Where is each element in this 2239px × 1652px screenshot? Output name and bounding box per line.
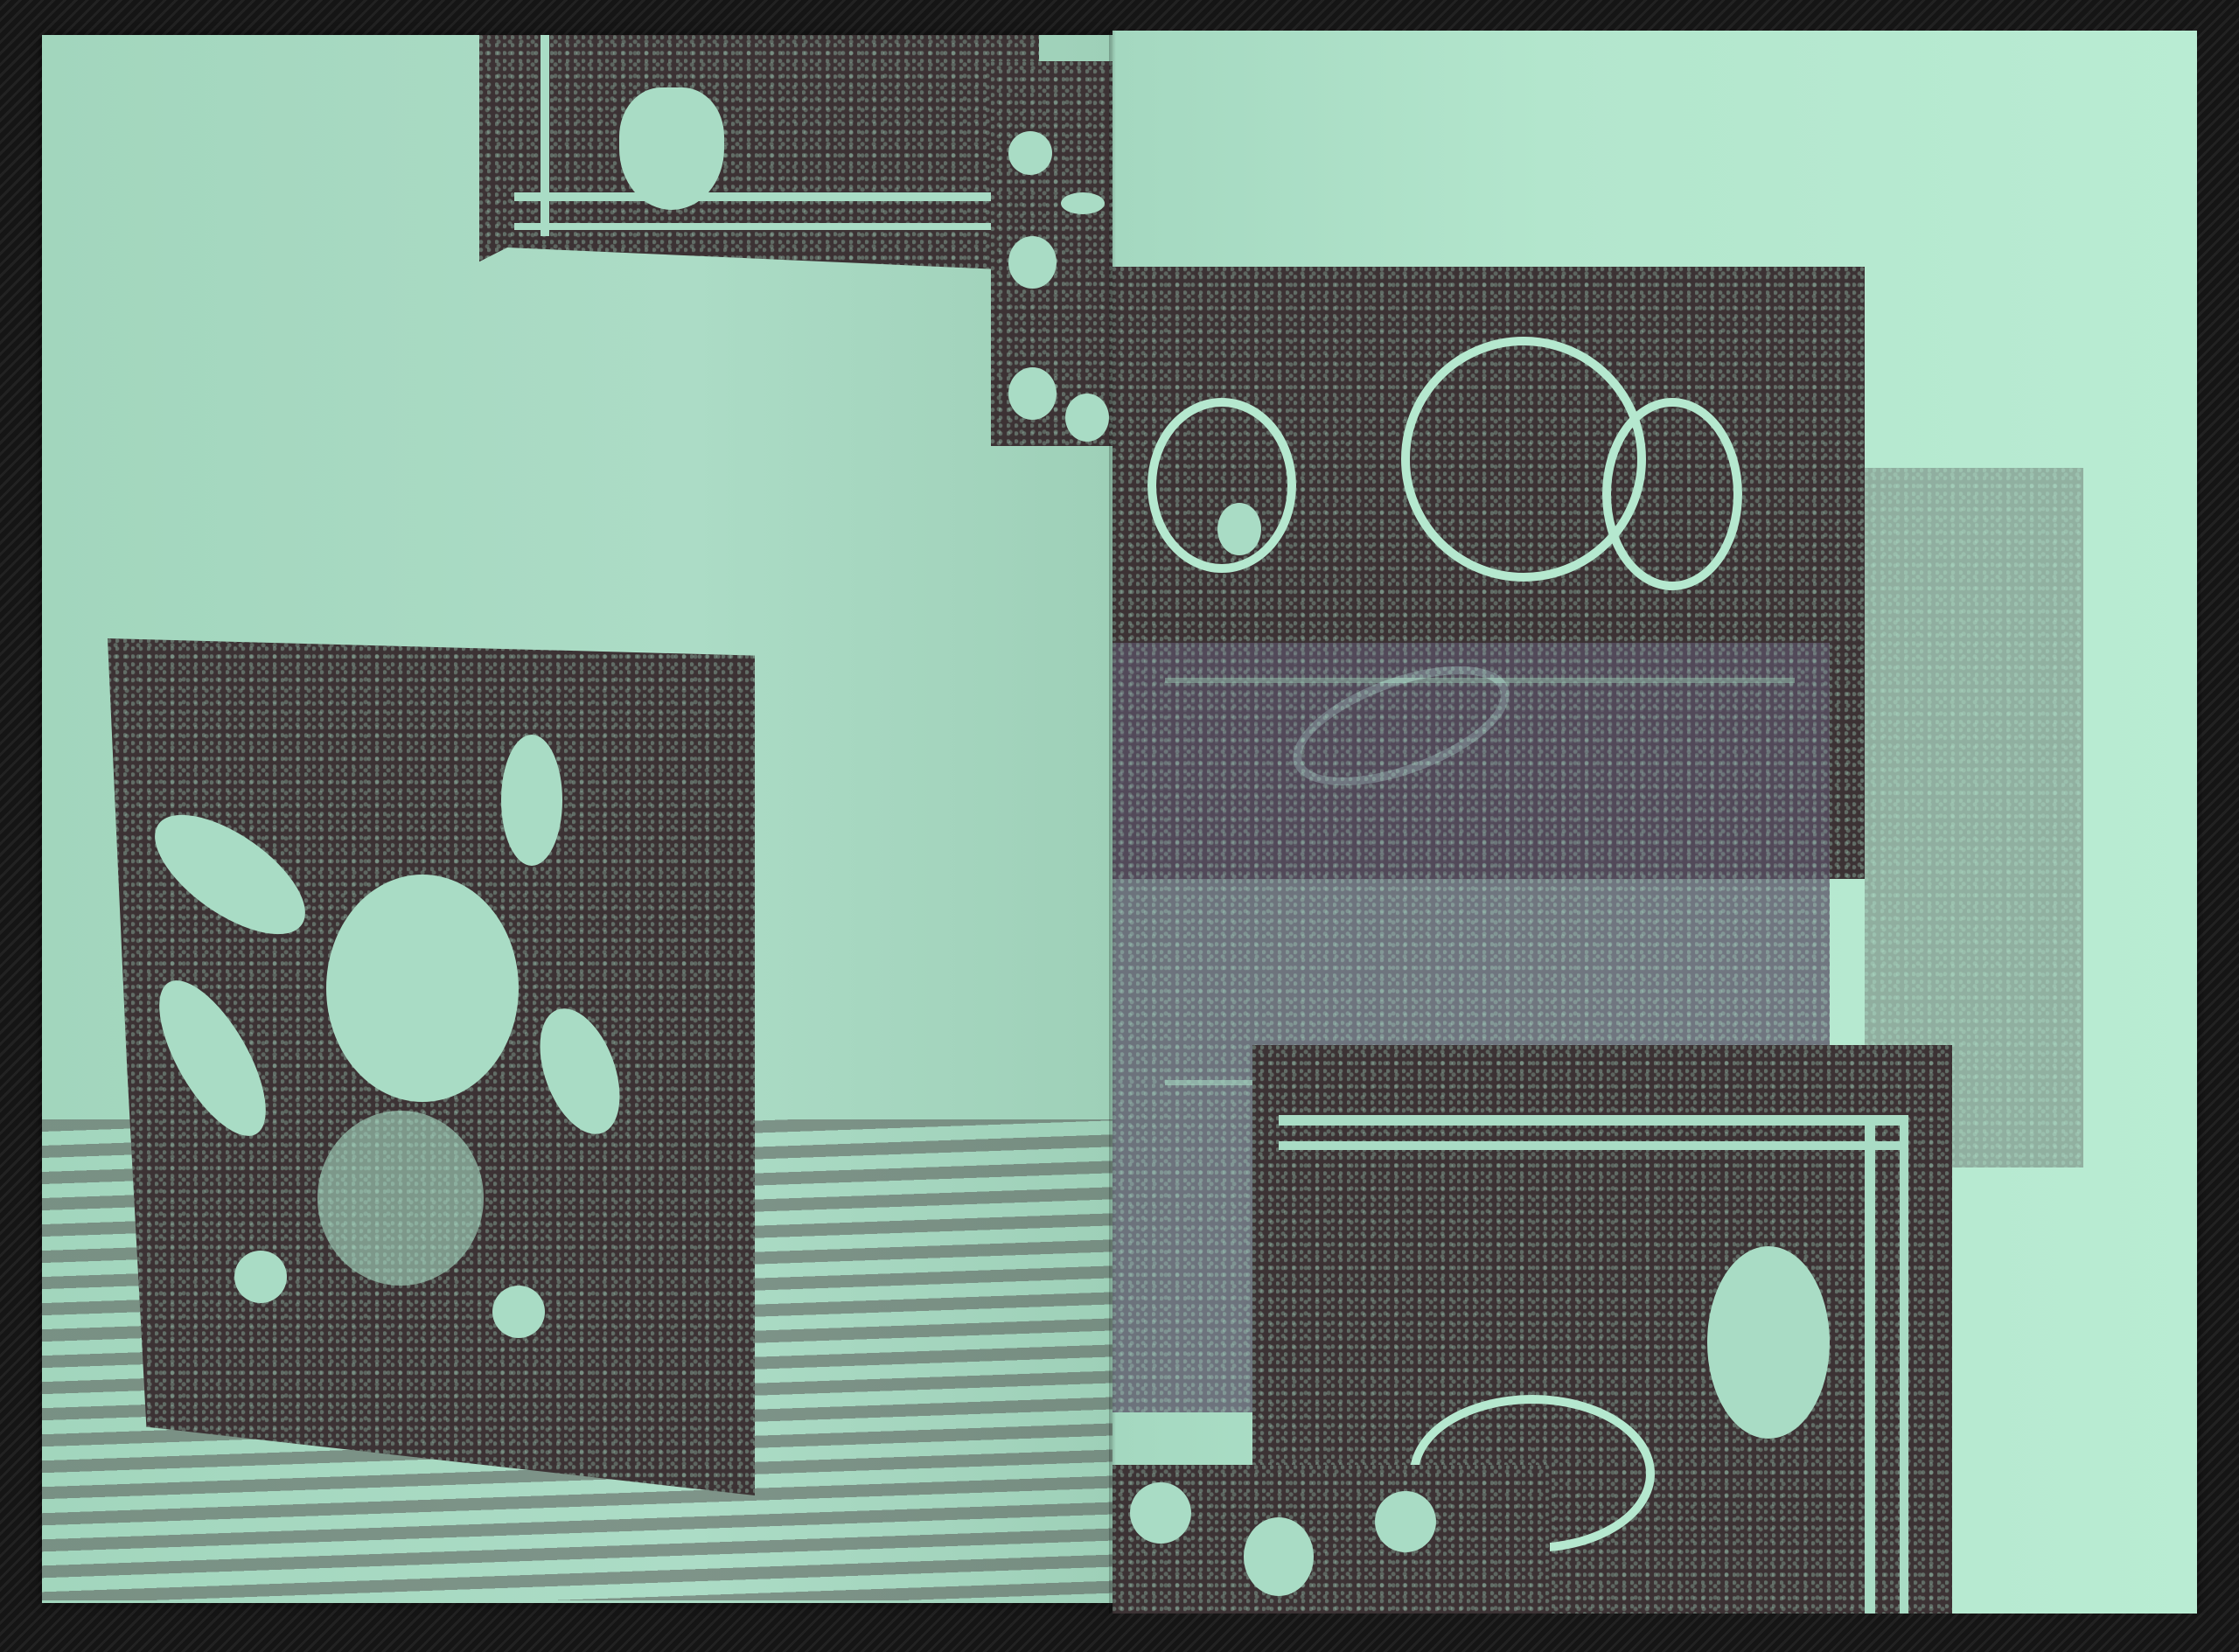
- dotted-print-panel: [991, 61, 1118, 446]
- bear-ear-left: [1147, 398, 1296, 573]
- book-spine: [1109, 31, 1116, 1614]
- right-page: [1113, 31, 2197, 1614]
- left-page: [42, 35, 1118, 1603]
- dotted-strip: [1113, 1465, 1550, 1614]
- bear-ear-right: [1602, 398, 1742, 590]
- flower-print-block: [108, 638, 755, 1495]
- floral-print-top: [479, 35, 1039, 271]
